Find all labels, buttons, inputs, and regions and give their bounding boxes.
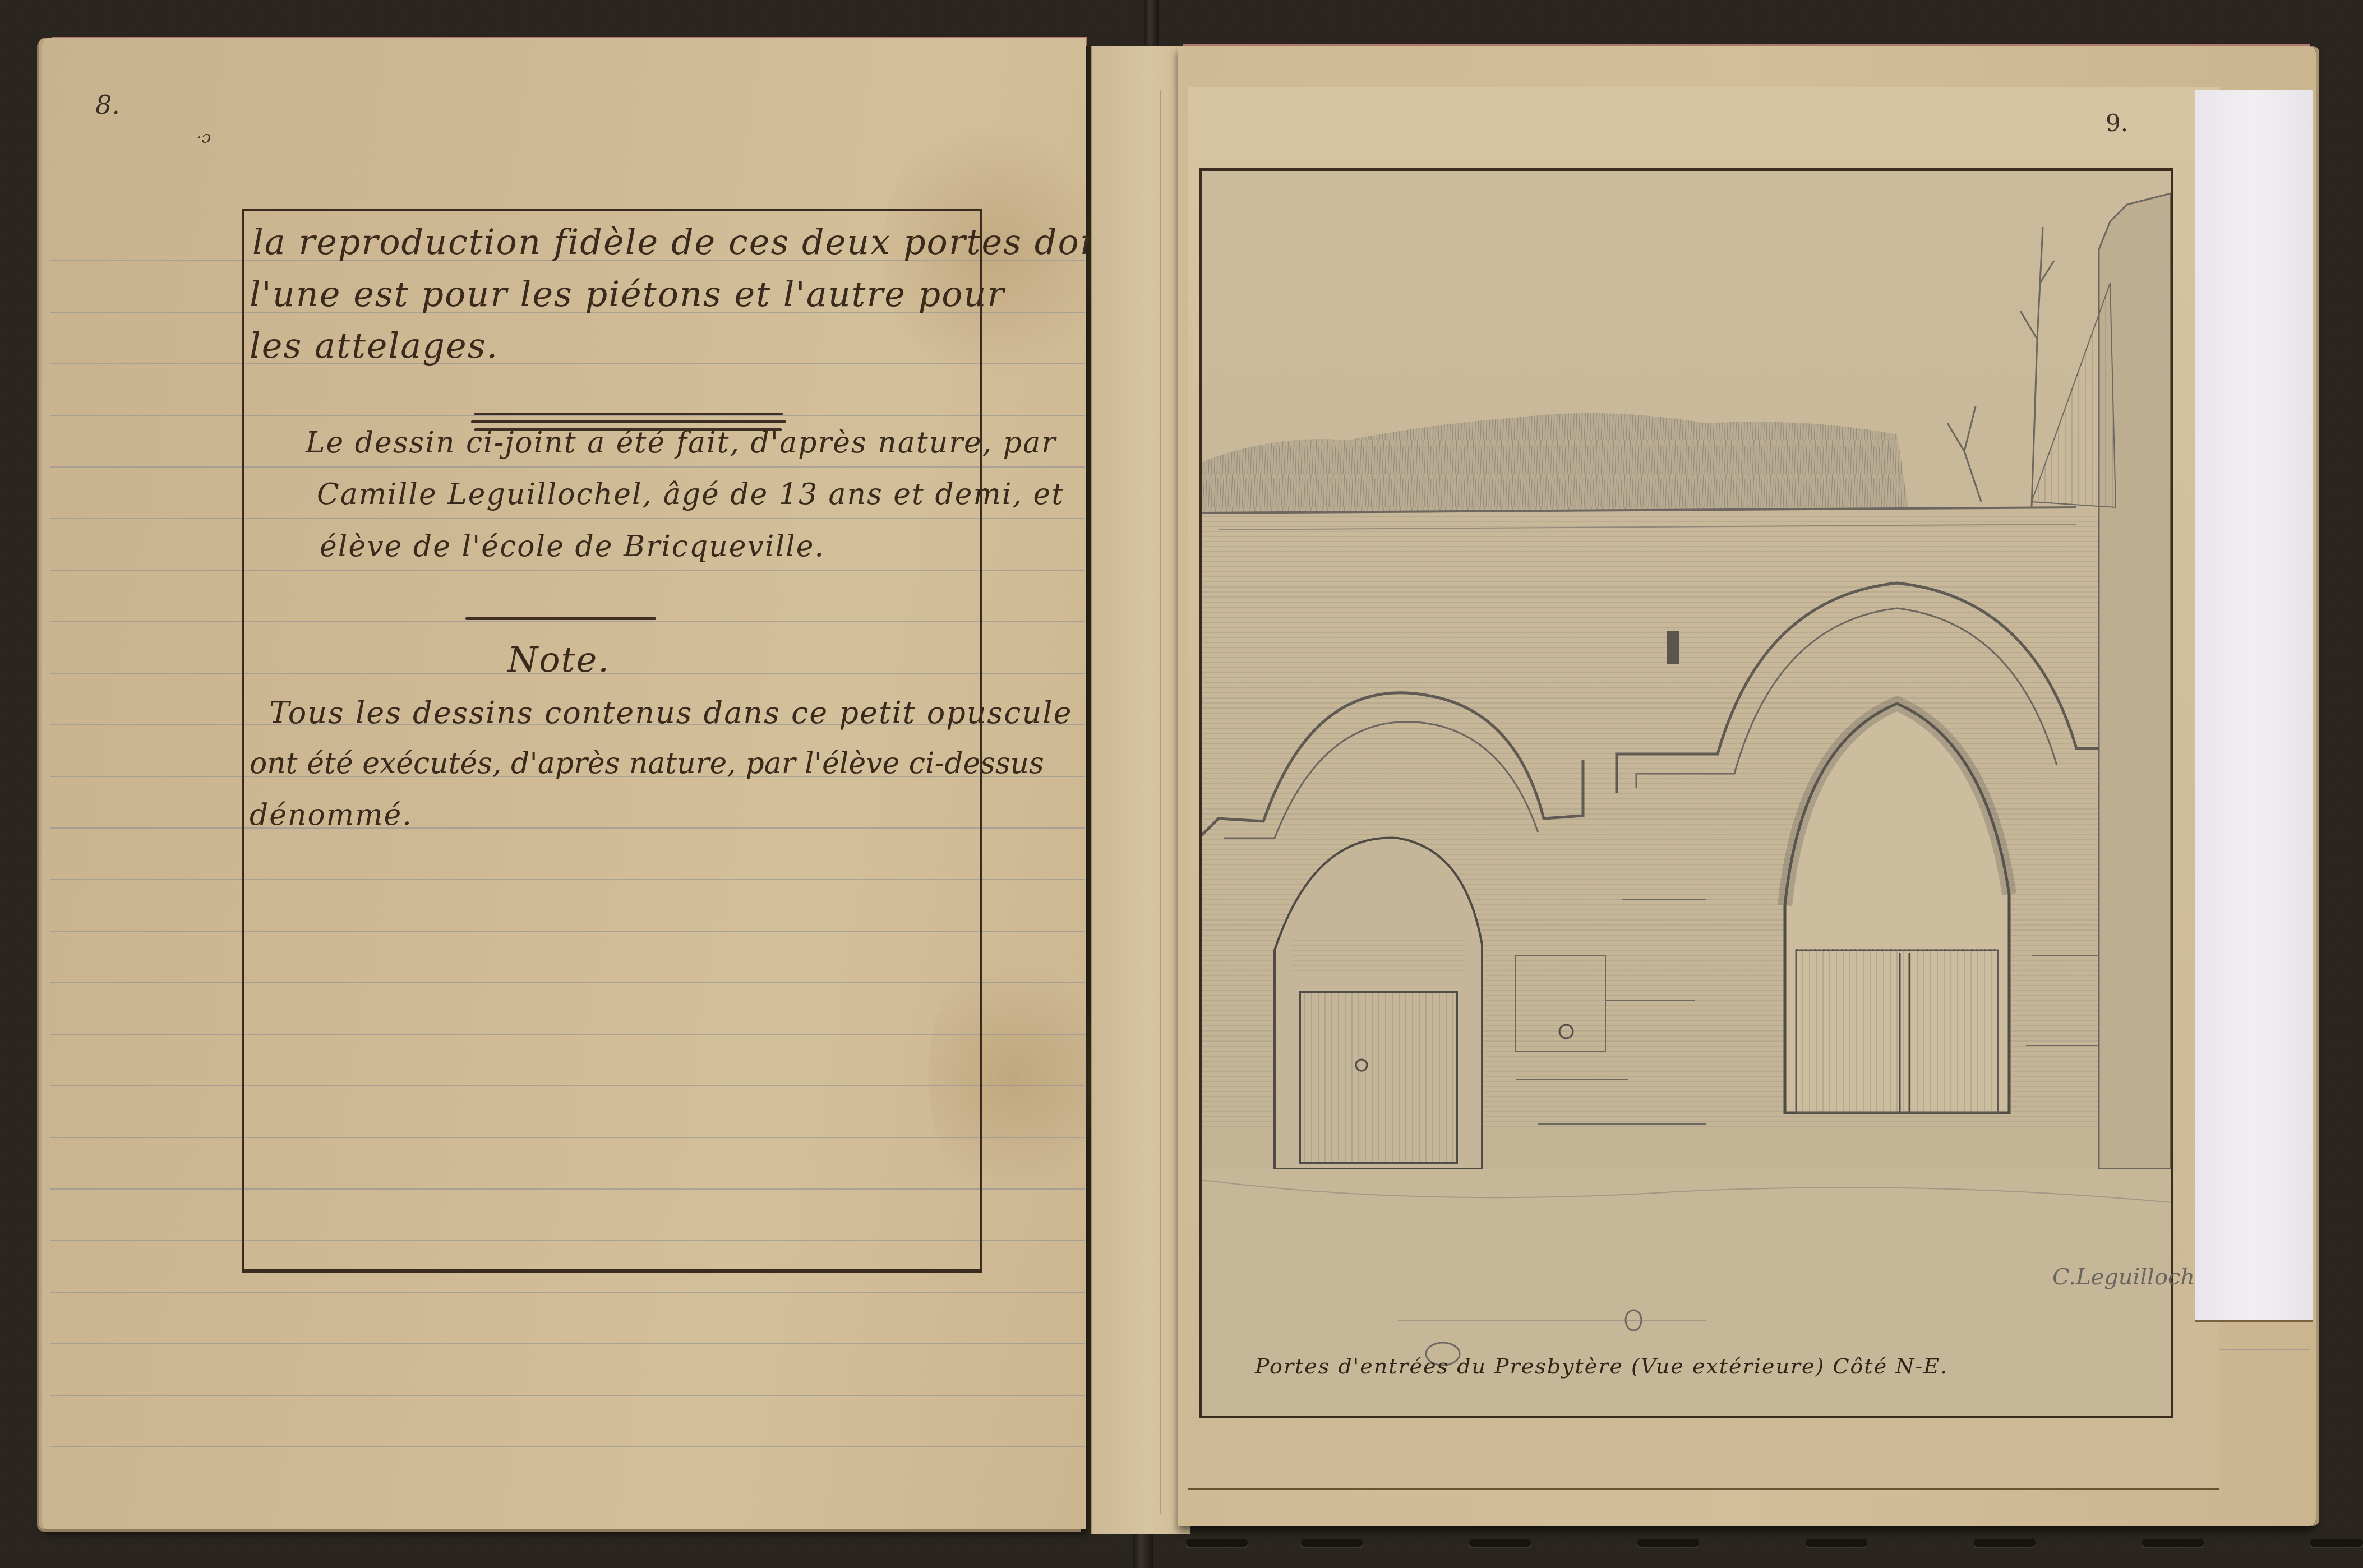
page-number-right: 9.	[2106, 109, 2128, 137]
paragraph-line: élève de l'école de Bricqueville.	[320, 530, 825, 563]
text-frame	[242, 209, 982, 1273]
binding-slot	[1974, 1539, 2036, 1547]
note-line: Tous les dessins contenus dans ce petit …	[269, 695, 1073, 730]
paragraph-line: les attelages.	[250, 325, 499, 366]
paragraph-line: Camille Leguillochel, âgé de 13 ans et d…	[317, 478, 1064, 511]
drawing-caption: Portes d'entrées du Presbytère (Vue exté…	[1255, 1354, 1948, 1379]
paragraph-line: l'une est pour les piétons et l'autre po…	[250, 274, 1005, 314]
note-line: dénommé.	[250, 798, 413, 832]
binding-slot	[1186, 1539, 1248, 1547]
note-title: Note.	[507, 639, 610, 680]
white-paper-slip	[2195, 90, 2313, 1322]
binding-slot	[1301, 1539, 1363, 1547]
binding-slot	[2310, 1539, 2363, 1547]
drawing-illustration-icon	[1202, 171, 2171, 1416]
paragraph-line: la reproduction fidèle de ces deux porte…	[252, 221, 1119, 262]
binding-slot	[1469, 1539, 1531, 1547]
pencil-drawing: Portes d'entrées du Presbytère (Vue exté…	[1199, 168, 2173, 1418]
page-number-left: 8.	[95, 90, 120, 120]
paragraph-line: Le dessin ci-joint a été fait, d'après n…	[306, 426, 1056, 460]
binding-slot	[1637, 1539, 1699, 1547]
binding-slot	[2142, 1539, 2204, 1547]
spine-groove-top	[1144, 0, 1159, 45]
ink-mark: ·ɔ	[196, 128, 211, 147]
binding-slot	[1806, 1539, 1867, 1547]
single-separator	[465, 617, 656, 620]
note-line: ont été exécutés, d'après nature, par l'…	[250, 747, 1044, 780]
artist-signature: C.Leguillochel	[2052, 1264, 2216, 1290]
